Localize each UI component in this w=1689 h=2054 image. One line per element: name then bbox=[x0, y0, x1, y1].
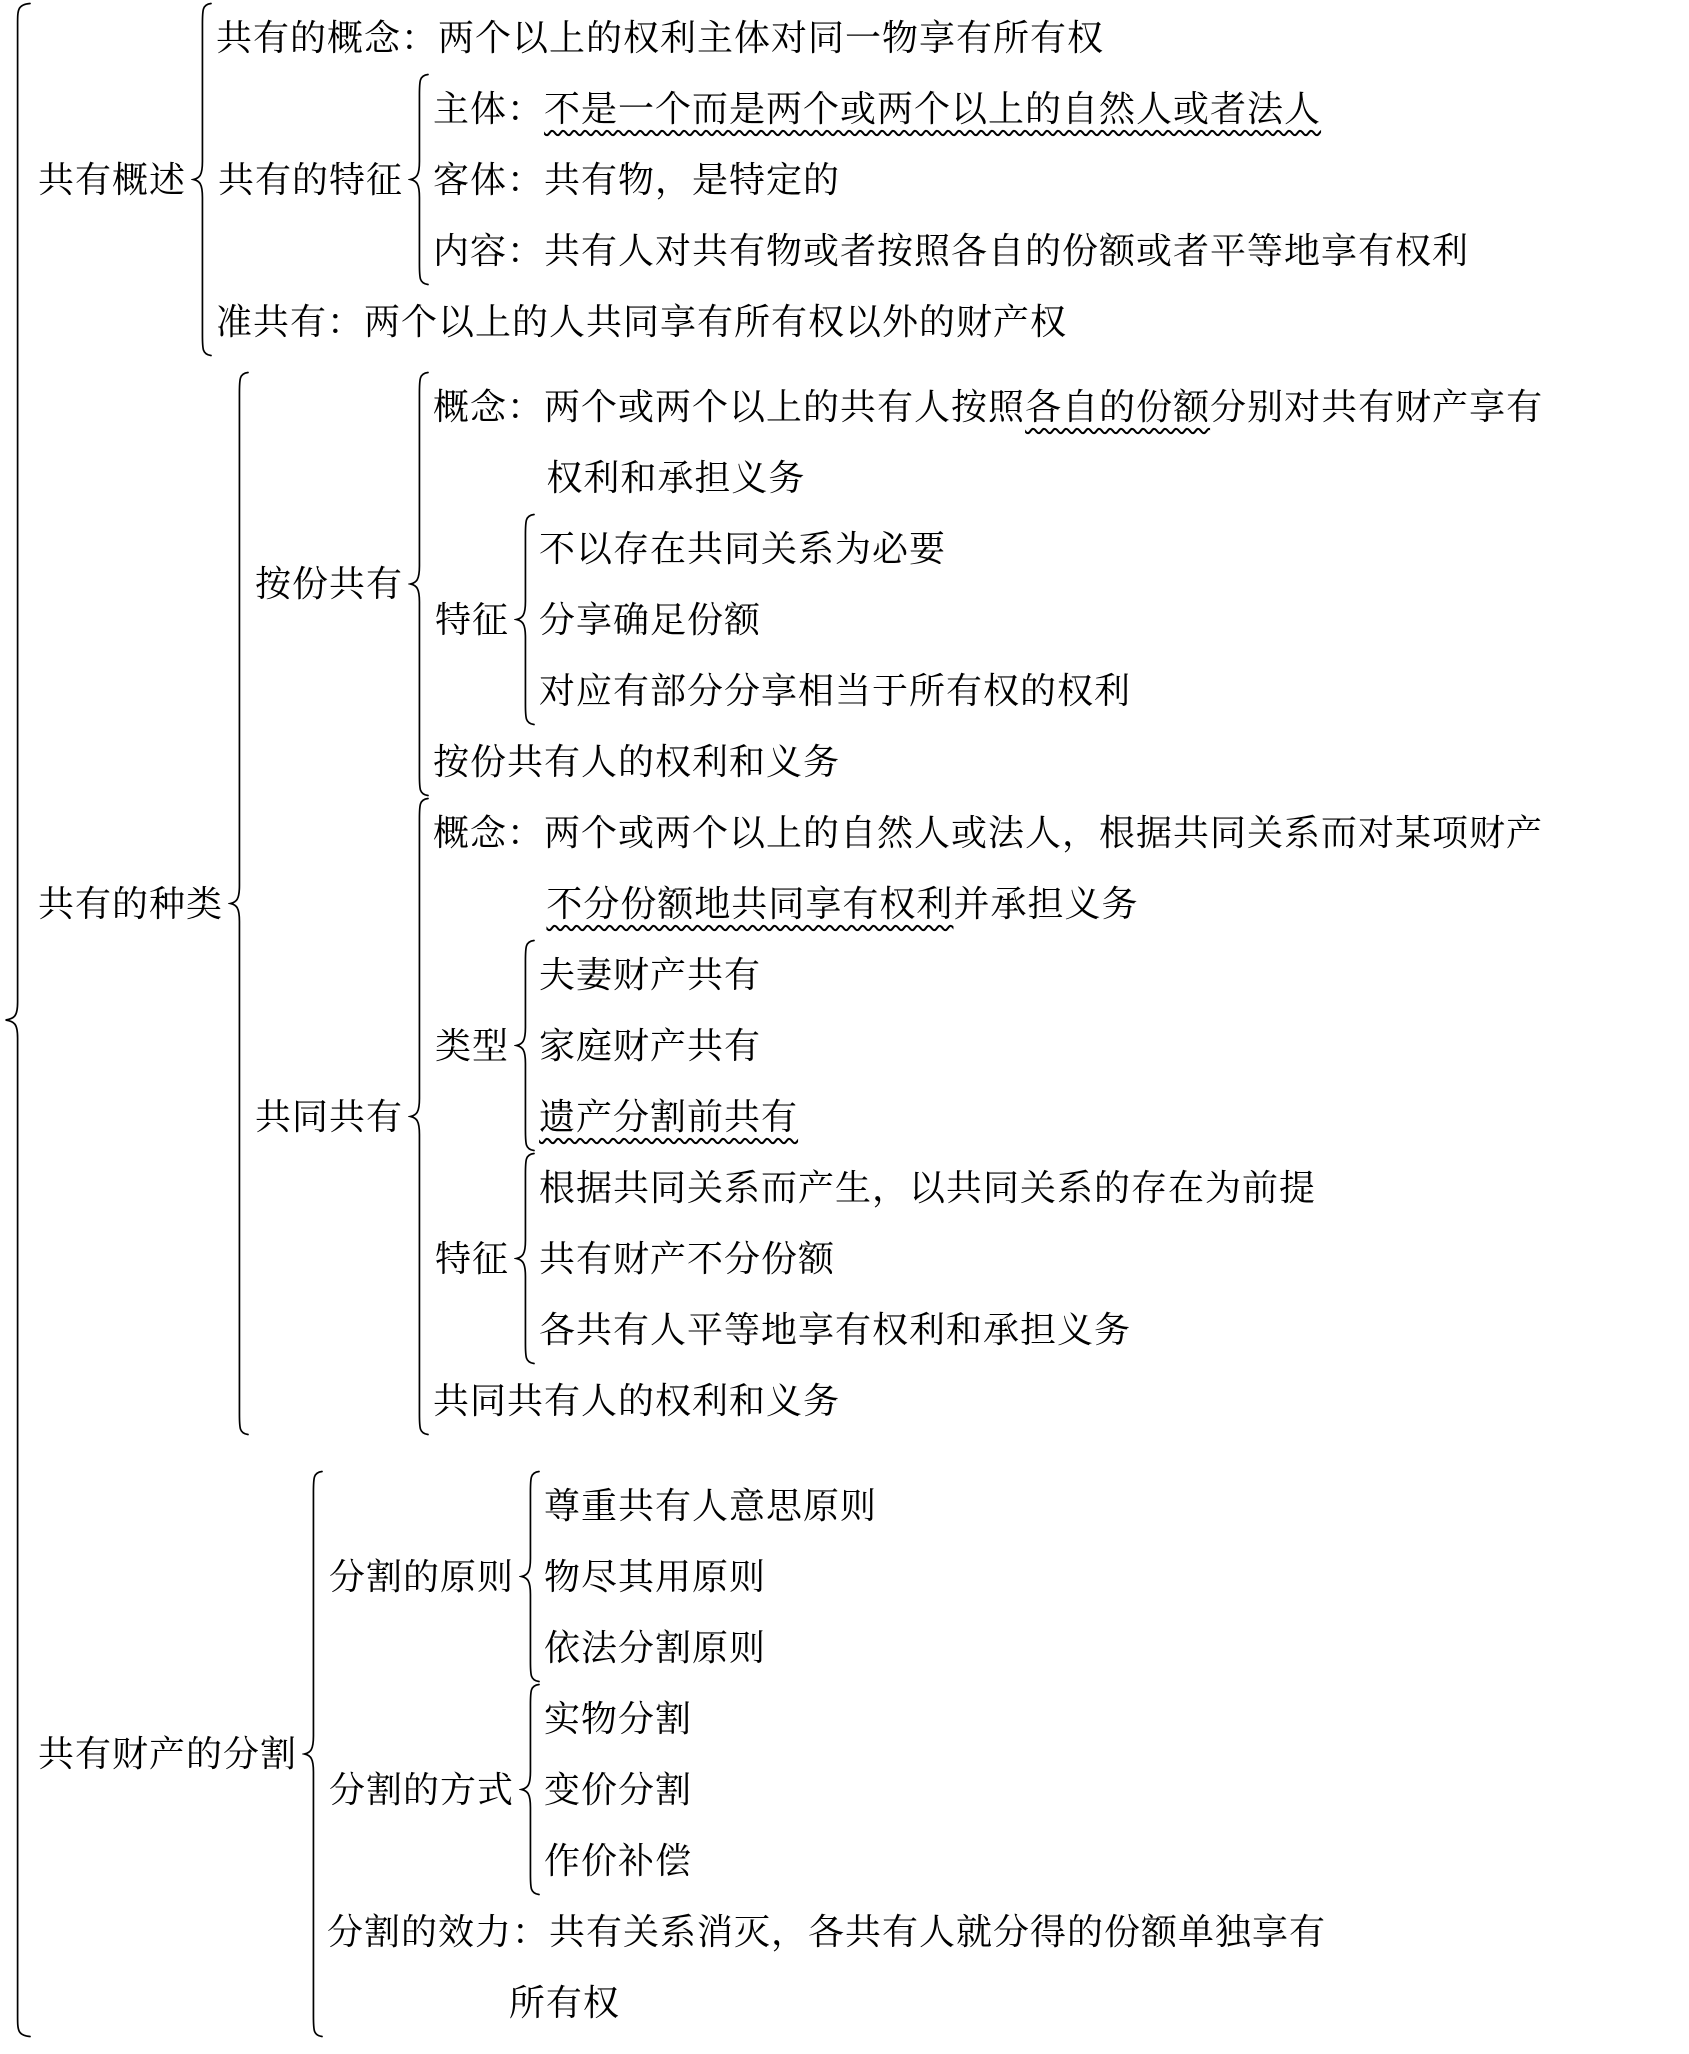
principle-item: 尊重共有人意思原则 bbox=[544, 1470, 877, 1541]
quasi-text: 两个以上的人共同享有所有权以外的财产权 bbox=[364, 304, 1067, 340]
joint-types-node: 类型 夫妻财产共有 家庭财产共有 遗产分割前共有 bbox=[433, 939, 1543, 1152]
branch-overview-label: 共有概述 bbox=[36, 162, 188, 198]
joint-type-item: 家庭财产共有 bbox=[539, 1010, 798, 1081]
joint-features-children: 根据共同关系而产生，以共同关系的存在为前提 共有财产不分份额 各共有人平等地享有… bbox=[539, 1152, 1316, 1365]
branch-division-label: 共有财产的分割 bbox=[36, 1736, 299, 1772]
brace bbox=[228, 371, 250, 1436]
joint-types-label: 类型 bbox=[433, 1028, 511, 1064]
joint-label: 共同共有 bbox=[253, 1099, 405, 1135]
joint-feature-item: 共有财产不分份额 bbox=[539, 1223, 1316, 1294]
division-effect-line2: 所有权 bbox=[509, 1967, 1326, 2038]
quasi-prefix: 准共有： bbox=[216, 304, 364, 340]
method-item: 作价补偿 bbox=[544, 1825, 692, 1896]
joint-features-node: 特征 根据共同关系而产生，以共同关系的存在为前提 共有财产不分份额 各共有人平等… bbox=[433, 1152, 1543, 1365]
by-share-feature-item: 不以存在共同关系为必要 bbox=[539, 513, 1131, 584]
overview-concept-line: 共有的概念：两个以上的权利主体对同一物享有所有权 bbox=[216, 2, 1469, 73]
overview-features-children: 主体：不是一个而是两个或两个以上的自然人或者法人 客体：共有物，是特定的 内容：… bbox=[433, 73, 1469, 286]
joint-children: 概念：两个或两个以上的自然人或法人，根据共同关系而对某项财产 不分份额地共同享有… bbox=[433, 797, 1543, 1436]
root-node: 共有概述 共有的概念：两个以上的权利主体对同一物享有所有权 共有的特征 主体：不… bbox=[2, 2, 1689, 2038]
feature-object-prefix: 客体： bbox=[433, 162, 544, 198]
joint-concept-line2: 不分份额地共同享有权利并承担义务 bbox=[546, 868, 1543, 939]
brace bbox=[514, 1152, 536, 1365]
division-effect: 分割的效力：共有关系消灭，各共有人就分得的份额单独享有 所有权 bbox=[327, 1896, 1326, 2038]
by-share-concept-l1a: 两个或两个以上的共有人按照 bbox=[544, 389, 1025, 425]
by-share-feature-item: 分享确足份额 bbox=[539, 584, 1131, 655]
overview-features-label: 共有的特征 bbox=[216, 162, 405, 198]
by-share-concept-wavy: 各自的份额 bbox=[1025, 389, 1210, 425]
by-share-features-node: 特征 不以存在共同关系为必要 分享确足份额 对应有部分分享相当于所有权的权利 bbox=[433, 513, 1543, 726]
brace bbox=[514, 513, 536, 726]
brace bbox=[519, 1683, 541, 1896]
joint-type-item: 夫妻财产共有 bbox=[539, 939, 798, 1010]
division-principles-label: 分割的原则 bbox=[327, 1559, 516, 1595]
principle-item: 物尽其用原则 bbox=[544, 1541, 877, 1612]
division-effect-l2: 所有权 bbox=[509, 1985, 620, 2021]
feature-object-text: 共有物，是特定的 bbox=[544, 162, 840, 198]
joint-concept-wavy: 不分份额地共同享有权利 bbox=[546, 886, 953, 922]
brace bbox=[408, 371, 430, 797]
by-share-node: 按份共有 概念：两个或两个以上的共有人按照各自的份额分别对共有财产享有 权利和承… bbox=[253, 371, 1543, 797]
by-share-features-children: 不以存在共同关系为必要 分享确足份额 对应有部分分享相当于所有权的权利 bbox=[539, 513, 1131, 726]
overview-concept-prefix: 共有的概念： bbox=[216, 20, 438, 56]
co-ownership-outline-diagram: 共有概述 共有的概念：两个以上的权利主体对同一物享有所有权 共有的特征 主体：不… bbox=[0, 0, 1689, 2038]
joint-node: 共同共有 概念：两个或两个以上的自然人或法人，根据共同关系而对某项财产 不分份额… bbox=[253, 797, 1543, 1436]
by-share-children: 概念：两个或两个以上的共有人按照各自的份额分别对共有财产享有 权利和承担义务 特… bbox=[433, 371, 1543, 797]
joint-concept-prefix: 概念： bbox=[433, 815, 544, 851]
division-effect-line1: 分割的效力：共有关系消灭，各共有人就分得的份额单独享有 bbox=[327, 1896, 1326, 1967]
division-methods-node: 分割的方式 实物分割 变价分割 作价补偿 bbox=[327, 1683, 1326, 1896]
root-children: 共有概述 共有的概念：两个以上的权利主体对同一物享有所有权 共有的特征 主体：不… bbox=[36, 2, 1543, 2038]
by-share-features-label: 特征 bbox=[433, 602, 511, 638]
by-share-concept-l2: 权利和承担义务 bbox=[546, 460, 805, 496]
division-effect-prefix: 分割的效力： bbox=[327, 1914, 549, 1950]
brace bbox=[514, 939, 536, 1152]
joint-feature-item: 各共有人平等地享有权利和承担义务 bbox=[539, 1294, 1316, 1365]
brace bbox=[408, 73, 430, 286]
by-share-rights-line: 按份共有人的权利和义务 bbox=[433, 726, 1543, 797]
by-share-concept: 概念：两个或两个以上的共有人按照各自的份额分别对共有财产享有 权利和承担义务 bbox=[433, 371, 1543, 513]
feature-content-line: 内容：共有人对共有物或者按照各自的份额或者平等地享有权利 bbox=[433, 215, 1469, 286]
principle-item: 依法分割原则 bbox=[544, 1612, 877, 1683]
brace bbox=[302, 1470, 324, 2038]
by-share-concept-l1b: 分别对共有财产享有 bbox=[1210, 389, 1543, 425]
by-share-concept-line2: 权利和承担义务 bbox=[546, 442, 1543, 513]
joint-types-children: 夫妻财产共有 家庭财产共有 遗产分割前共有 bbox=[539, 939, 798, 1152]
overview-concept-text: 两个以上的权利主体对同一物享有所有权 bbox=[438, 20, 1104, 56]
joint-rights-line: 共同共有人的权利和义务 bbox=[433, 1365, 1543, 1436]
division-effect-l1: 共有关系消灭，各共有人就分得的份额单独享有 bbox=[549, 1914, 1326, 1950]
quasi-co-ownership-line: 准共有：两个以上的人共同享有所有权以外的财产权 bbox=[216, 286, 1469, 357]
feature-subject-line: 主体：不是一个而是两个或两个以上的自然人或者法人 bbox=[433, 73, 1469, 144]
feature-subject-prefix: 主体： bbox=[433, 91, 544, 127]
joint-concept-l2b: 并承担义务 bbox=[953, 886, 1138, 922]
brace bbox=[519, 1470, 541, 1683]
by-share-label: 按份共有 bbox=[253, 566, 405, 602]
by-share-concept-prefix: 概念： bbox=[433, 389, 544, 425]
division-methods-label: 分割的方式 bbox=[327, 1772, 516, 1808]
root-brace bbox=[2, 2, 32, 2038]
method-item: 实物分割 bbox=[544, 1683, 692, 1754]
branch-division: 共有财产的分割 分割的原则 尊重共有人意思原则 物尽其用原则 依法分割原则 分割… bbox=[36, 1470, 1543, 2038]
division-principles-node: 分割的原则 尊重共有人意思原则 物尽其用原则 依法分割原则 bbox=[327, 1470, 1326, 1683]
brace bbox=[408, 797, 430, 1436]
division-children: 分割的原则 尊重共有人意思原则 物尽其用原则 依法分割原则 分割的方式 实物分割 bbox=[327, 1470, 1326, 2038]
joint-concept-l1: 两个或两个以上的自然人或法人，根据共同关系而对某项财产 bbox=[544, 815, 1543, 851]
feature-subject-wavy-text: 不是一个而是两个或两个以上的自然人或者法人 bbox=[544, 91, 1321, 127]
types-children: 按份共有 概念：两个或两个以上的共有人按照各自的份额分别对共有财产享有 权利和承… bbox=[253, 371, 1543, 1436]
method-item: 变价分割 bbox=[544, 1754, 692, 1825]
branch-types-label: 共有的种类 bbox=[36, 886, 225, 922]
by-share-feature-item: 对应有部分分享相当于所有权的权利 bbox=[539, 655, 1131, 726]
feature-content-text: 共有人对共有物或者按照各自的份额或者平等地享有权利 bbox=[544, 233, 1469, 269]
branch-overview: 共有概述 共有的概念：两个以上的权利主体对同一物享有所有权 共有的特征 主体：不… bbox=[36, 2, 1543, 357]
joint-features-label: 特征 bbox=[433, 1241, 511, 1277]
feature-object-line: 客体：共有物，是特定的 bbox=[433, 144, 1469, 215]
by-share-concept-line1: 概念：两个或两个以上的共有人按照各自的份额分别对共有财产享有 bbox=[433, 371, 1543, 442]
overview-children: 共有的概念：两个以上的权利主体对同一物享有所有权 共有的特征 主体：不是一个而是… bbox=[216, 2, 1469, 357]
overview-features-node: 共有的特征 主体：不是一个而是两个或两个以上的自然人或者法人 客体：共有物，是特… bbox=[216, 73, 1469, 286]
brace bbox=[191, 2, 213, 357]
division-methods-children: 实物分割 变价分割 作价补偿 bbox=[544, 1683, 692, 1896]
joint-concept-line1: 概念：两个或两个以上的自然人或法人，根据共同关系而对某项财产 bbox=[433, 797, 1543, 868]
joint-feature-item: 根据共同关系而产生，以共同关系的存在为前提 bbox=[539, 1152, 1316, 1223]
joint-type-item-wavy: 遗产分割前共有 bbox=[539, 1081, 798, 1152]
branch-types: 共有的种类 按份共有 概念：两个或两个以上的共有人按照各自的份额分别对共有财产享… bbox=[36, 371, 1543, 1436]
division-principles-children: 尊重共有人意思原则 物尽其用原则 依法分割原则 bbox=[544, 1470, 877, 1683]
joint-concept: 概念：两个或两个以上的自然人或法人，根据共同关系而对某项财产 不分份额地共同享有… bbox=[433, 797, 1543, 939]
feature-content-prefix: 内容： bbox=[433, 233, 544, 269]
